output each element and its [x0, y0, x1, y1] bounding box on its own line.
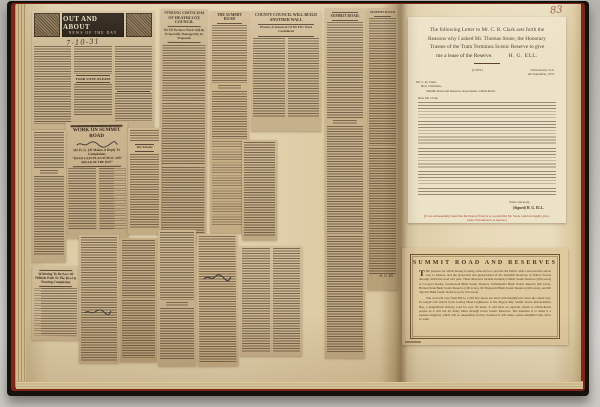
- clipping-subhead: Protests At Removal Of Mr Ell's Work Con…: [253, 26, 319, 34]
- notice-border-box: SUMMIT ROAD AND RESERVES THE purpose for…: [410, 254, 560, 339]
- newsprint-text: [327, 22, 363, 118]
- newsprint-text: [122, 300, 155, 358]
- letter-signed: (Signed) H. G. ELL.: [416, 206, 544, 210]
- divider-rule: [332, 20, 358, 21]
- scrapbook-photo: OUT AND ABOUT NEWS OF THE DAY 7-10-31 YO…: [0, 0, 600, 407]
- clipping-title: SUMMIT ROAD.: [327, 14, 363, 18]
- notice-paragraph: HE purpose for which money is being coll…: [419, 269, 551, 294]
- clipping-text-column: [242, 140, 277, 240]
- letter-salutation: Dear Mr. Clark,: [418, 96, 558, 100]
- clipping-text-column: [120, 238, 157, 362]
- letter-addressee: Mr. C. R. Clark, Hon. Chairman, Summit R…: [416, 80, 558, 92]
- divider-rule: [217, 23, 242, 24]
- newsprint-text: [81, 237, 117, 361]
- clipping-subtitle: NEWS OF THE DAY: [69, 31, 118, 36]
- out-and-about-masthead: OUT AND ABOUT NEWS OF THE DAY: [34, 13, 152, 37]
- newsprint-column: YOUR VOTE, PLEASE: [74, 46, 111, 124]
- newsprint-text: [199, 236, 237, 362]
- right-page: 83 The following Letter to Mr. C. R. Cla…: [400, 4, 581, 382]
- divider-rule: [39, 269, 72, 270]
- newsprint-text: [115, 93, 152, 121]
- clipping-out-and-about: OUT AND ABOUT NEWS OF THE DAY 7-10-31 YO…: [32, 11, 154, 129]
- divider-rule: [374, 16, 391, 17]
- clipping-title: SUMMIT ROAD: [369, 10, 396, 14]
- book-cover: OUT AND ABOUT NEWS OF THE DAY 7-10-31 YO…: [7, 1, 589, 396]
- divider-rule: [76, 82, 109, 83]
- newsprint-text: [74, 84, 111, 116]
- clipping-county-council: COUNTY COUNCIL WILL BUILD ANOTHER WALL P…: [251, 11, 321, 131]
- newsprint-column: [34, 46, 71, 124]
- clipping-title: STRONG CRITICISM OF HEATHCOTE COUNCIL: [163, 11, 206, 25]
- masthead-illustration-right-icon: [126, 13, 152, 37]
- open-pages: OUT AND ABOUT NEWS OF THE DAY 7-10-31 YO…: [26, 4, 581, 382]
- clipping-title: COUNTY COUNCIL WILL BUILD ANOTHER WALL: [253, 13, 319, 22]
- clipping-the-scheme: The Scheme: [128, 128, 161, 234]
- clipping-quote: “ROAD LOAN PLAN PUBLIC AND AHEAD OF THE …: [68, 157, 126, 165]
- clipping-subhead: The Scheme: [130, 146, 159, 150]
- newsprint-text: [115, 46, 152, 90]
- newsprint-text: [74, 46, 111, 74]
- letter-heading-signature: H. G. ELL.: [508, 52, 537, 61]
- divider-rule: [76, 75, 109, 76]
- newsprint-text: [327, 126, 363, 234]
- divider-rule: [117, 91, 150, 92]
- newsprint-subhead: [218, 85, 241, 90]
- clipping-left-column: [32, 130, 66, 262]
- divider-rule: [168, 42, 201, 43]
- letter-date: 4th September, 1931.: [528, 72, 555, 76]
- newsprint-subhead: [333, 120, 357, 125]
- clipping-work-on-summit-road: WORK ON SUMMIT ROAD Mr H. G. Ell Makes A…: [65, 122, 128, 239]
- newsprint-column: [242, 248, 270, 352]
- newsprint-text: [244, 142, 275, 236]
- masthead-title-box: OUT AND ABOUT NEWS OF THE DAY: [62, 13, 124, 37]
- clipping-subhead: YOUR VOTE, PLEASE: [74, 77, 111, 81]
- page-number: 83: [550, 5, 563, 17]
- newsprint-text: [162, 44, 205, 100]
- newsprint-text: [369, 148, 396, 274]
- newsprint-text: [130, 154, 159, 228]
- newsprint-text: [34, 176, 64, 256]
- newsprint-column: [288, 38, 320, 118]
- clipping-text-column: [240, 246, 302, 356]
- divider-rule: [332, 12, 358, 13]
- divider-rule: [39, 285, 72, 286]
- newsprint-subhead: [166, 302, 188, 307]
- letter-heading-line: Trustee of the Tram Terminus Scenic Rese…: [416, 43, 558, 52]
- newsprint-subhead: [40, 170, 58, 175]
- notice-body: THE purpose for which money is being col…: [411, 266, 559, 321]
- newsprint-text: [327, 236, 363, 352]
- newsprint-text: [130, 130, 159, 142]
- divider-rule: [258, 36, 314, 37]
- newsprint-text: [160, 308, 194, 360]
- newsprint-column: [68, 168, 96, 230]
- divider-rule: [474, 63, 500, 64]
- pasted-notice: SUMMIT ROAD AND RESERVES THE purpose for…: [402, 248, 568, 345]
- clipping-strong-criticism: STRONG CRITICISM OF HEATHCOTE COUNCIL Mr…: [159, 9, 208, 243]
- clipping-subhead: Mr Ell Declares Work Will Be Irreparably…: [163, 29, 206, 41]
- divider-rule: [135, 151, 154, 152]
- newsprint-column: [273, 248, 301, 352]
- letter-heading-line: Reasons why I asked Mr. Thomas Stone, th…: [416, 35, 558, 44]
- divider-rule: [73, 166, 121, 167]
- letter-paragraph: [418, 148, 556, 168]
- letter-paragraph: [418, 171, 556, 185]
- newsprint-text: [212, 25, 247, 83]
- newsprint-column: [98, 168, 126, 230]
- clipping-title: WORK ON SUMMIT ROAD: [68, 128, 126, 140]
- letter-closing: Yours sincerely,: [416, 200, 530, 204]
- newsprint-column: [253, 38, 285, 118]
- letter-heading-line: me a lease of the Reserve.: [436, 52, 492, 61]
- newsprint-text: [122, 240, 155, 298]
- clipping-text-column: [79, 235, 119, 363]
- clipping-signoff: H. G. Ell.: [369, 274, 394, 278]
- page-edges-bottom: [16, 381, 583, 389]
- newsprint-text: [369, 18, 396, 146]
- clipping-text-column: [158, 230, 196, 366]
- newsprint-text: [34, 288, 78, 336]
- drop-cap: T: [419, 270, 425, 277]
- clipping-widening: Widening To Be Part Of Hillside Path To …: [32, 266, 80, 340]
- newsprint-text: [162, 102, 205, 164]
- newsprint-text: [161, 166, 204, 232]
- notice-title: SUMMIT ROAD AND RESERVES: [411, 260, 559, 266]
- notice-paragraph: The road will vary from 800 to 1,100 fee…: [419, 296, 551, 321]
- letter-paragraph: [418, 121, 556, 145]
- letter-paragraph: [418, 188, 556, 197]
- letter-footnote: [It was subsequently found that the Deed…: [421, 215, 553, 223]
- letter-heading-line: The following Letter to Mr. C. R. Clark …: [416, 26, 558, 35]
- masthead-illustration-left-icon: [34, 13, 60, 37]
- newsprint-text: [212, 91, 247, 139]
- pasted-letter: The following Letter to Mr. C. R. Clark …: [408, 17, 566, 223]
- letter-paragraph: [418, 102, 556, 118]
- left-page: OUT AND ABOUT NEWS OF THE DAY 7-10-31 YO…: [26, 4, 400, 382]
- handwritten-signature: [202, 273, 232, 282]
- clipping-title: Widening To Be Part Of Hillside Path To …: [34, 272, 77, 284]
- newsprint-text: [160, 232, 194, 300]
- newsprint-text: [34, 132, 64, 168]
- clipping-text-column: [197, 234, 239, 366]
- clipping-title: THE SUMMIT ROAD: [212, 13, 247, 21]
- letter-dateline: Christchurch, N.Z., 4th September, 1931.: [528, 68, 555, 76]
- clipping-summit-road-gutter: SUMMIT ROAD H. G. Ell.: [367, 8, 398, 290]
- printer-imprint: [405, 341, 421, 344]
- handwritten-scribble: [83, 308, 113, 316]
- clipping-title: OUT AND ABOUT: [63, 15, 123, 31]
- clipping-summit-road-column: SUMMIT ROAD.: [325, 8, 365, 358]
- newsprint-column: [115, 46, 152, 124]
- copy-label: (COPY): [472, 68, 483, 76]
- addressee-line: Summit Road and Reserves Association, Ch…: [426, 89, 558, 93]
